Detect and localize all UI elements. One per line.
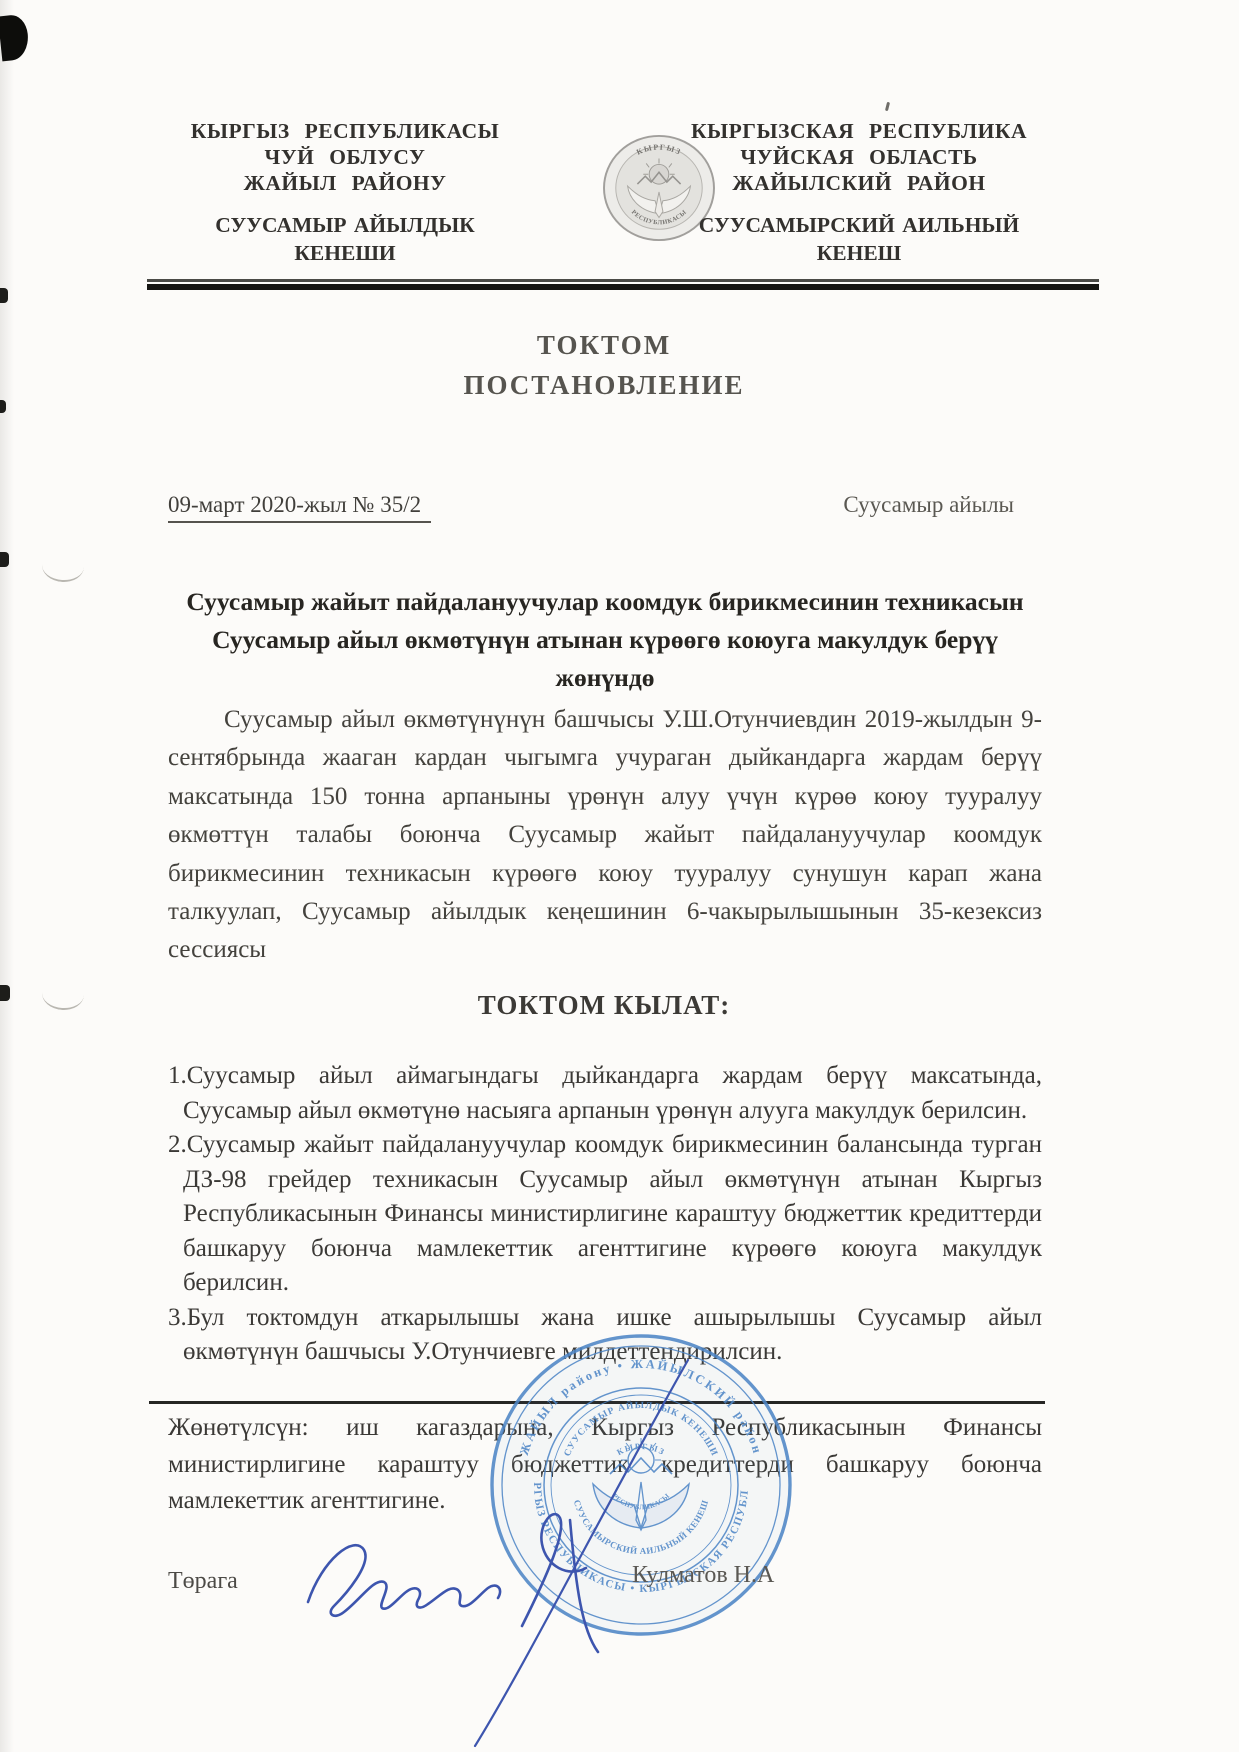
header-right-line: ЖАЙЫЛСКИЙ РАЙОН [686, 170, 1032, 196]
doc-type-russian: ПОСТАНОВЛЕНИЕ [168, 370, 1040, 401]
scan-artifact-stray-dot [885, 102, 890, 111]
scan-artifact-crescent-mark [41, 549, 85, 584]
header-divider [147, 279, 1099, 290]
header-left-line: КЫРГЫЗ РЕСПУБЛИКАСЫ [158, 118, 532, 144]
meta-row: 09-март 2020-жыл № 35/2 Суусамыр айылы [168, 492, 1040, 523]
handwritten-signature [270, 1330, 720, 1752]
scan-artifact-edge-mark [0, 985, 10, 1001]
doc-title-line: жөнүндө [166, 659, 1044, 697]
header-left-council: СУУСАМЫР АЙЫЛДЫК КЕНЕШИ [158, 211, 532, 267]
header-right-council-line: СУУСАМЫРСКИЙ АИЛЬНЫЙ [686, 211, 1032, 239]
header-right-line: КЫРГЫЗСКАЯ РЕСПУБЛИКА [686, 118, 1032, 144]
scan-artifact-crescent-mark [41, 977, 85, 1012]
header-left-council-line: КЕНЕШИ [158, 239, 532, 267]
doc-title-line: Суусамыр жайыт пайдалануучулар коомдук б… [166, 583, 1044, 621]
scan-artifact-edge-mark [0, 400, 6, 413]
resolution-item-1: 1.Суусамыр айыл аймагындагы дыйкандарга … [168, 1059, 1042, 1128]
resolution-item-2: 2.Суусамыр жайыт пайдалануучулар коомдук… [168, 1128, 1042, 1301]
header-left-line: ЧУЙ ОБЛУСУ [158, 144, 532, 170]
resolution-items: 1.Суусамыр айыл аймагындагы дыйкандарга … [168, 1059, 1042, 1370]
signer-name: Кулматов Н.А [632, 1562, 774, 1589]
signer-role: Төрага [168, 1568, 238, 1595]
header-divider-thick-line [147, 284, 1099, 290]
doc-date-number: 09-март 2020-жыл № 35/2 [168, 492, 431, 523]
header-right-council: СУУСАМЫРСКИЙ АИЛЬНЫЙ КЕНЕШ [686, 211, 1032, 267]
scan-artifact-corner-blob [0, 14, 30, 62]
doc-title-line: Суусамыр айыл өкмөтүнүн атынан күрөөгө к… [166, 621, 1044, 659]
header-divider-thin-line [147, 279, 1099, 282]
header-left-council-line: СУУСАМЫР АЙЫЛДЫК [158, 211, 532, 239]
header-right-council-line: КЕНЕШ [686, 239, 1032, 267]
header-right-line: ЧУЙСКАЯ ОБЛАСТЬ [686, 144, 1032, 170]
scan-edge-shadow [0, 0, 14, 1752]
resolves-heading: ТОКТОМ КЫЛАТ: [168, 990, 1040, 1021]
header-left-line: ЖАЙЫЛ РАЙОНУ [158, 170, 532, 196]
scan-artifact-edge-mark [0, 288, 8, 303]
header-right: КЫРГЫЗСКАЯ РЕСПУБЛИКА ЧУЙСКАЯ ОБЛАСТЬ ЖА… [686, 118, 1032, 267]
preamble-paragraph: Суусамыр айыл өкмөтүнүнүн башчысы У.Ш.От… [168, 701, 1042, 970]
scan-artifact-edge-mark [0, 552, 9, 567]
document-page: КЫРГЫЗ РЕСПУБЛИКАСЫ ЧУЙ ОБЛУСУ ЖАЙЫЛ РАЙ… [0, 0, 1239, 1752]
doc-type-kyrgyz: ТОКТОМ [168, 330, 1040, 361]
header-left: КЫРГЫЗ РЕСПУБЛИКАСЫ ЧУЙ ОБЛУСУ ЖАЙЫЛ РАЙ… [158, 118, 532, 267]
doc-title: Суусамыр жайыт пайдалануучулар коомдук б… [166, 583, 1044, 697]
doc-place: Суусамыр айылы [843, 492, 1014, 523]
